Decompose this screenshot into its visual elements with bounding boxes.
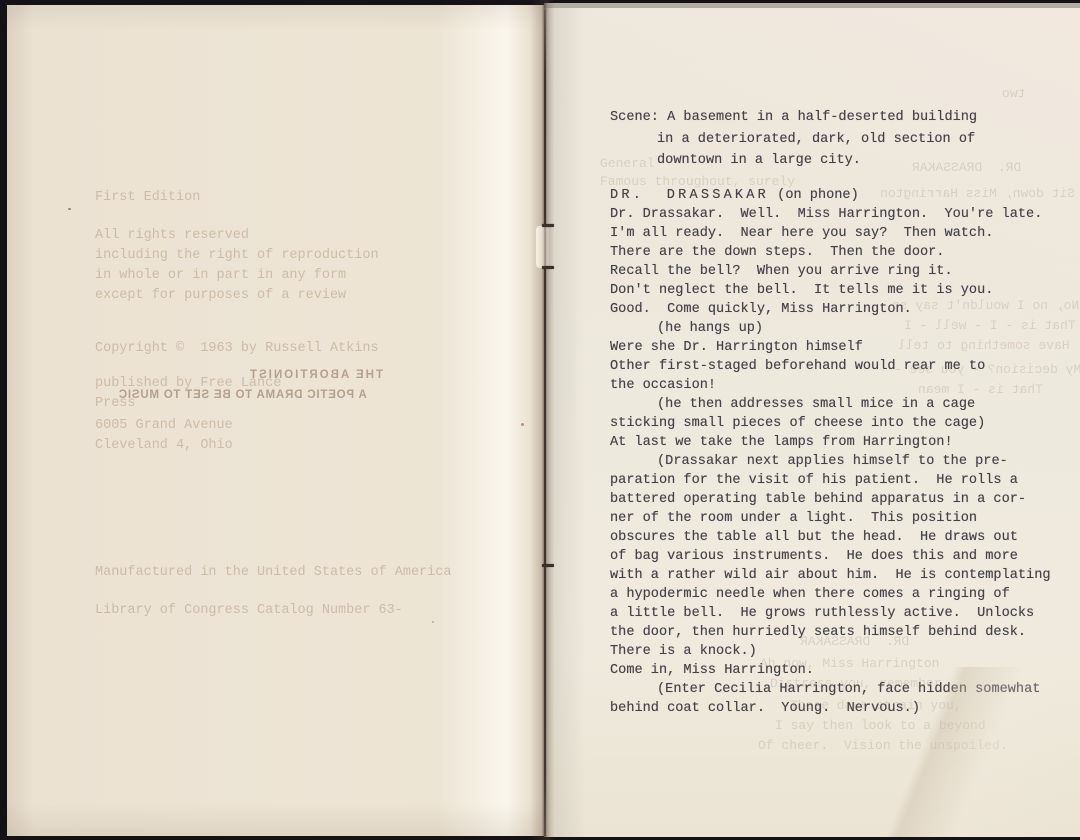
script-line: At last we take the lamps from Harringto… (610, 433, 1051, 452)
bleedthrough-ghost-line: DR. DRASSAKAR (912, 160, 1021, 175)
book-spread-photo: First EditionAll rights reservedincludin… (0, 0, 1080, 840)
script-line: with a rather wild air about him. He is … (610, 566, 1051, 585)
faint-copyright-line: including the right of reproduction (95, 248, 379, 263)
staple (542, 266, 554, 269)
right-page: Scene: A basement in a half-deserted bui… (544, 8, 1080, 837)
scene-line: Scene: A basement in a half-deserted bui… (610, 107, 977, 129)
script-line: There are the down steps. Then the door. (610, 243, 1051, 262)
gutter-paper-bulge (536, 226, 549, 268)
script-line: of bag various instruments. He does this… (610, 547, 1051, 566)
bleedthrough-ghost-line: Of cheer. Vision the unspoiled. (758, 738, 1008, 753)
bleedthrough-ghost-line: My decision? - you see - (894, 362, 1080, 377)
faint-copyright-line: 6005 Grand Avenue (95, 418, 233, 433)
bleedthrough-ghost-line: Famous throughout, surely (600, 174, 795, 189)
faint-copyright-line: Copyright © 1963 by Russell Atkins (95, 341, 379, 356)
script-line: (Drassakar next applies himself to the p… (610, 452, 1051, 471)
paper-speck (521, 423, 524, 426)
bleedthrough-ghost-line: I say then look to a beyond (775, 718, 986, 733)
speaker-parenthetical: (on phone) (769, 188, 859, 203)
script-line: obscures the table all but the head. He … (610, 528, 1051, 547)
bleedthrough-ghost-line: DR. DRASSAKAR (800, 634, 909, 649)
staple (542, 564, 554, 567)
bleedthrough-ghost-line: These days strain you, (790, 698, 962, 713)
faint-copyright-line: Cleveland 4, Ohio (95, 438, 233, 453)
bleedthrough-ghost-line: Distress you, remember, (770, 676, 949, 691)
faint-copyright-line: First Edition (95, 190, 200, 205)
script-line: Dr. Drassakar. Well. Miss Harrington. Yo… (610, 205, 1051, 224)
bleedthrough-book-title: THE ABORTIONIST (248, 369, 383, 381)
script-line: I'm all ready. Near here you say? Then w… (610, 224, 1051, 243)
faint-copyright-line: All rights reserved (95, 228, 249, 243)
script-line: (he then addresses small mice in a cage (610, 395, 1051, 414)
faint-copyright-line: in whole or in part in any form (95, 268, 346, 283)
faint-copyright-line: except for purposes of a review (95, 288, 346, 303)
bleedthrough-ghost-line: That is - I - well - I (904, 318, 1076, 333)
bleedthrough-ghost-line: No, no I wouldn't say so (892, 298, 1079, 313)
staple (542, 224, 554, 227)
script-line: a little bell. He grows ruthlessly activ… (610, 604, 1051, 623)
script-line: Recall the bell? When you arrive ring it… (610, 262, 1051, 281)
faint-copyright-line: Manufactured in the United States of Ame… (95, 565, 451, 580)
bleedthrough-ghost-line: Ah now, Miss Harrington (760, 656, 939, 671)
faint-copyright-line: Library of Congress Catalog Number 63- (95, 603, 403, 618)
bleedthrough-ghost-line: General (600, 156, 655, 171)
script-line: sticking small pieces of cheese into the… (610, 414, 1051, 433)
paper-speck (68, 208, 71, 210)
script-line: a hypodermic needle when there comes a r… (610, 585, 1051, 604)
bleedthrough-book-subtitle: A POETIC DRAMA TO BE SET TO MUSIC (118, 389, 367, 401)
paper-speck (432, 621, 434, 623)
bleedthrough-ghost-line: two (1002, 86, 1025, 101)
bleedthrough-ghost-line: Have something to tell (898, 338, 1070, 353)
bleedthrough-ghost-line: Sit down, Miss Harrington (880, 186, 1075, 201)
script-line: battered operating table behind apparatu… (610, 490, 1051, 509)
script-line: ner of the room under a light. This posi… (610, 509, 1051, 528)
bleedthrough-ghost-line: That is - I mean (918, 382, 1043, 397)
scene-line: in a deteriorated, dark, old section of (610, 129, 977, 151)
speaker-name: DR. DRASSAKAR (610, 188, 769, 203)
script-line: paration for the visit of his patient. H… (610, 471, 1051, 490)
left-page: First EditionAll rights reservedincludin… (7, 5, 544, 836)
